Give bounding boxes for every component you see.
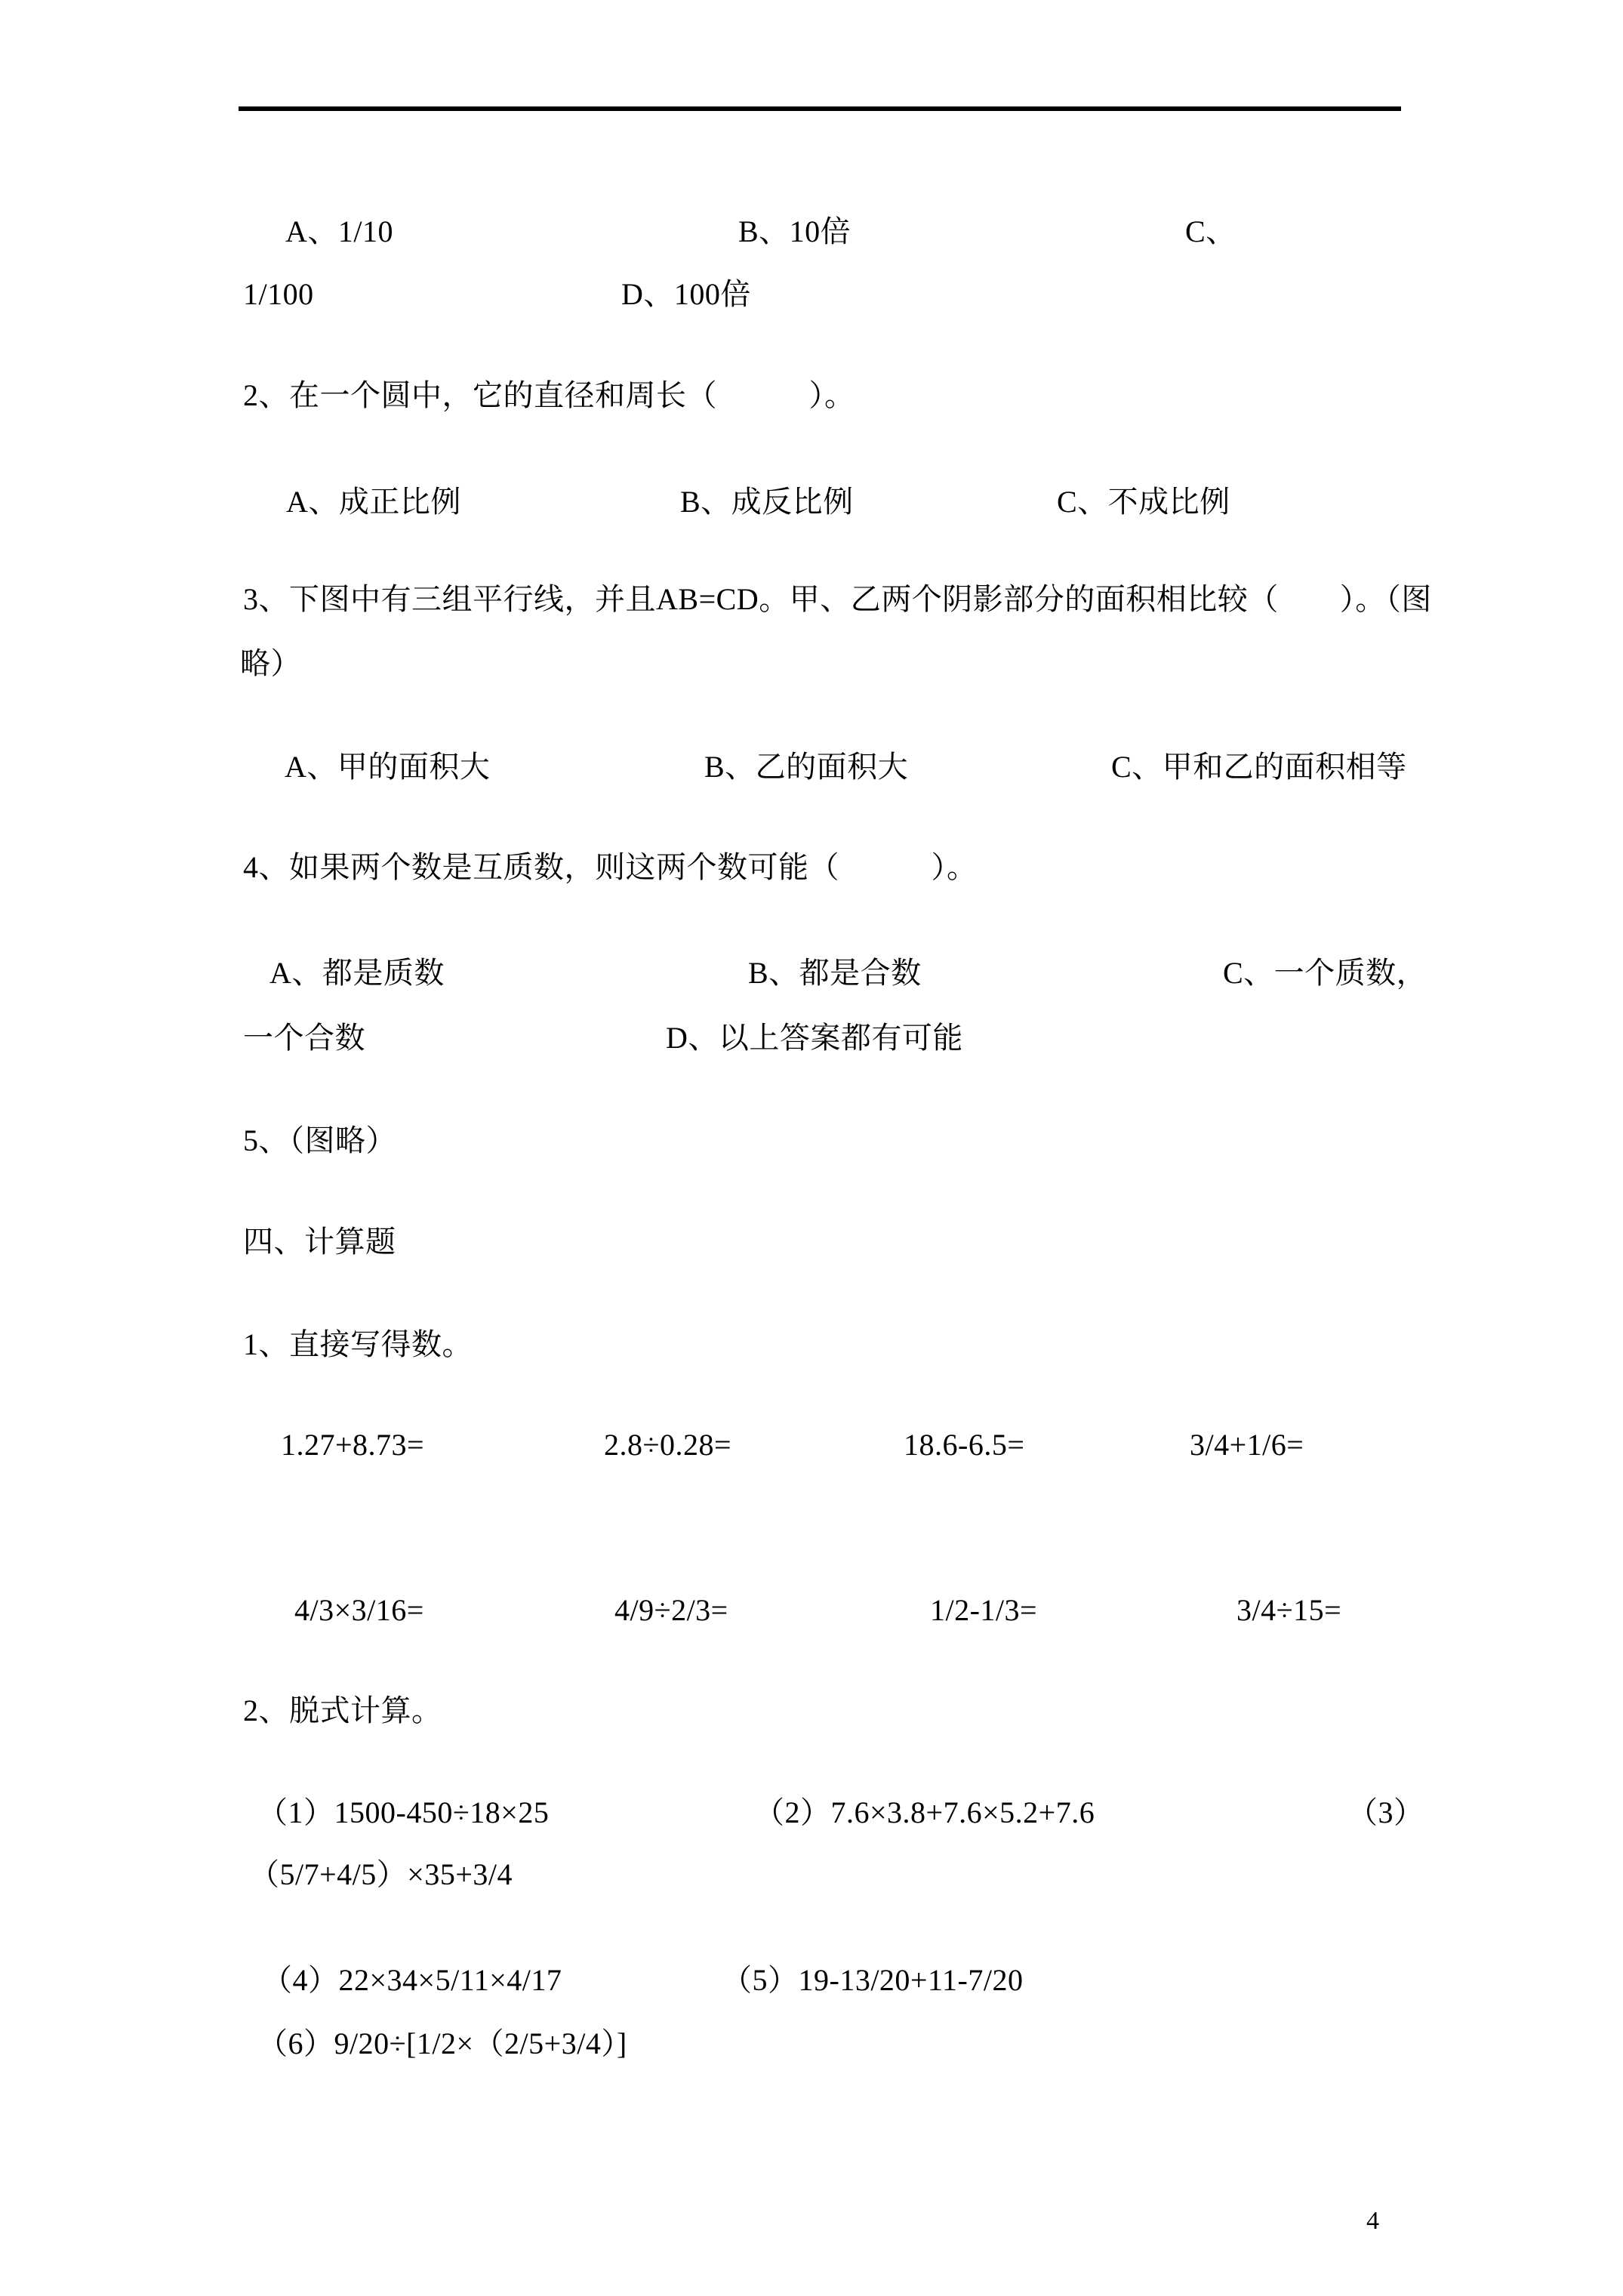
calc1-title: 1、直接写得数。 [243,1327,473,1363]
calc1-expr-7: 1/2-1/3= [930,1592,1037,1629]
calc1-expr-2: 2.8÷0.28= [604,1427,731,1463]
q2-option-c: C、不成比例 [1057,484,1230,520]
exam-document-page: A、1/10 B、10倍 C、 1/100 D、100倍 2、在一个圆中，它的直… [0,0,1623,2296]
calc1-expr-3: 18.6-6.5= [904,1427,1024,1463]
calc2-expr-3-label: （3） [1347,1795,1424,1831]
q3-option-b: B、乙的面积大 [704,749,908,785]
calc1-expr-5: 4/3×3/16= [294,1592,424,1629]
calc2-expr-2: （2）7.6×3.8+7.6×5.2+7.6 [754,1795,1095,1831]
q3-text-line2: 略） [240,646,301,682]
calc2-expr-4: （4）22×34×5/11×4/17 [262,1962,562,1999]
q4-option-c: C、一个质数， [1223,955,1427,991]
q2-option-a: A、成正比例 [286,484,461,520]
q2-text: 2、在一个圆中，它的直径和周长（ ）。 [243,378,855,414]
calc1-expr-8: 3/4÷15= [1236,1592,1341,1629]
q3-text-line1: 3、下图中有三组平行线，并且AB=CD。甲、乙两个阴影部分的面积相比较（ ）。（… [243,581,1432,618]
calc1-expr-6: 4/9÷2/3= [614,1592,728,1629]
q1-option-d: D、100倍 [621,276,751,313]
calc1-expr-4: 3/4+1/6= [1190,1427,1304,1463]
q1-option-c: C、 [1185,214,1236,250]
q5-text: 5、（图略） [243,1123,396,1159]
q2-option-b: B、成反比例 [680,484,854,520]
q3-option-a: A、甲的面积大 [285,749,490,785]
q4-option-c-continuation: 一个合数 [243,1020,365,1056]
header-rule [239,106,1401,111]
calc2-title: 2、脱式计算。 [243,1693,442,1729]
q1-option-a: A、1/10 [285,214,393,250]
calc2-expr-6: （6）9/20÷[1/2×（2/5+3/4）] [257,2026,627,2062]
section-title: 四、计算题 [243,1224,396,1260]
calc2-expr-5: （5）19-13/20+11-7/20 [722,1962,1023,1999]
page-number: 4 [1366,2207,1379,2236]
q4-option-d: D、以上答案都有可能 [666,1020,963,1056]
q4-text: 4、如果两个数是互质数，则这两个数可能（ ）。 [243,849,978,886]
q1-option-b: B、10倍 [738,214,851,250]
q4-option-b: B、都是合数 [748,955,922,991]
q4-option-a: A、都是质数 [269,955,445,991]
calc2-expr-3-body: （5/7+4/5）×35+3/4 [249,1857,513,1893]
q1-option-c-continuation: 1/100 [243,276,314,313]
calc2-expr-1: （1）1500-450÷18×25 [257,1795,549,1831]
q3-option-c: C、甲和乙的面积相等 [1111,749,1407,785]
calc1-expr-1: 1.27+8.73= [281,1427,424,1463]
